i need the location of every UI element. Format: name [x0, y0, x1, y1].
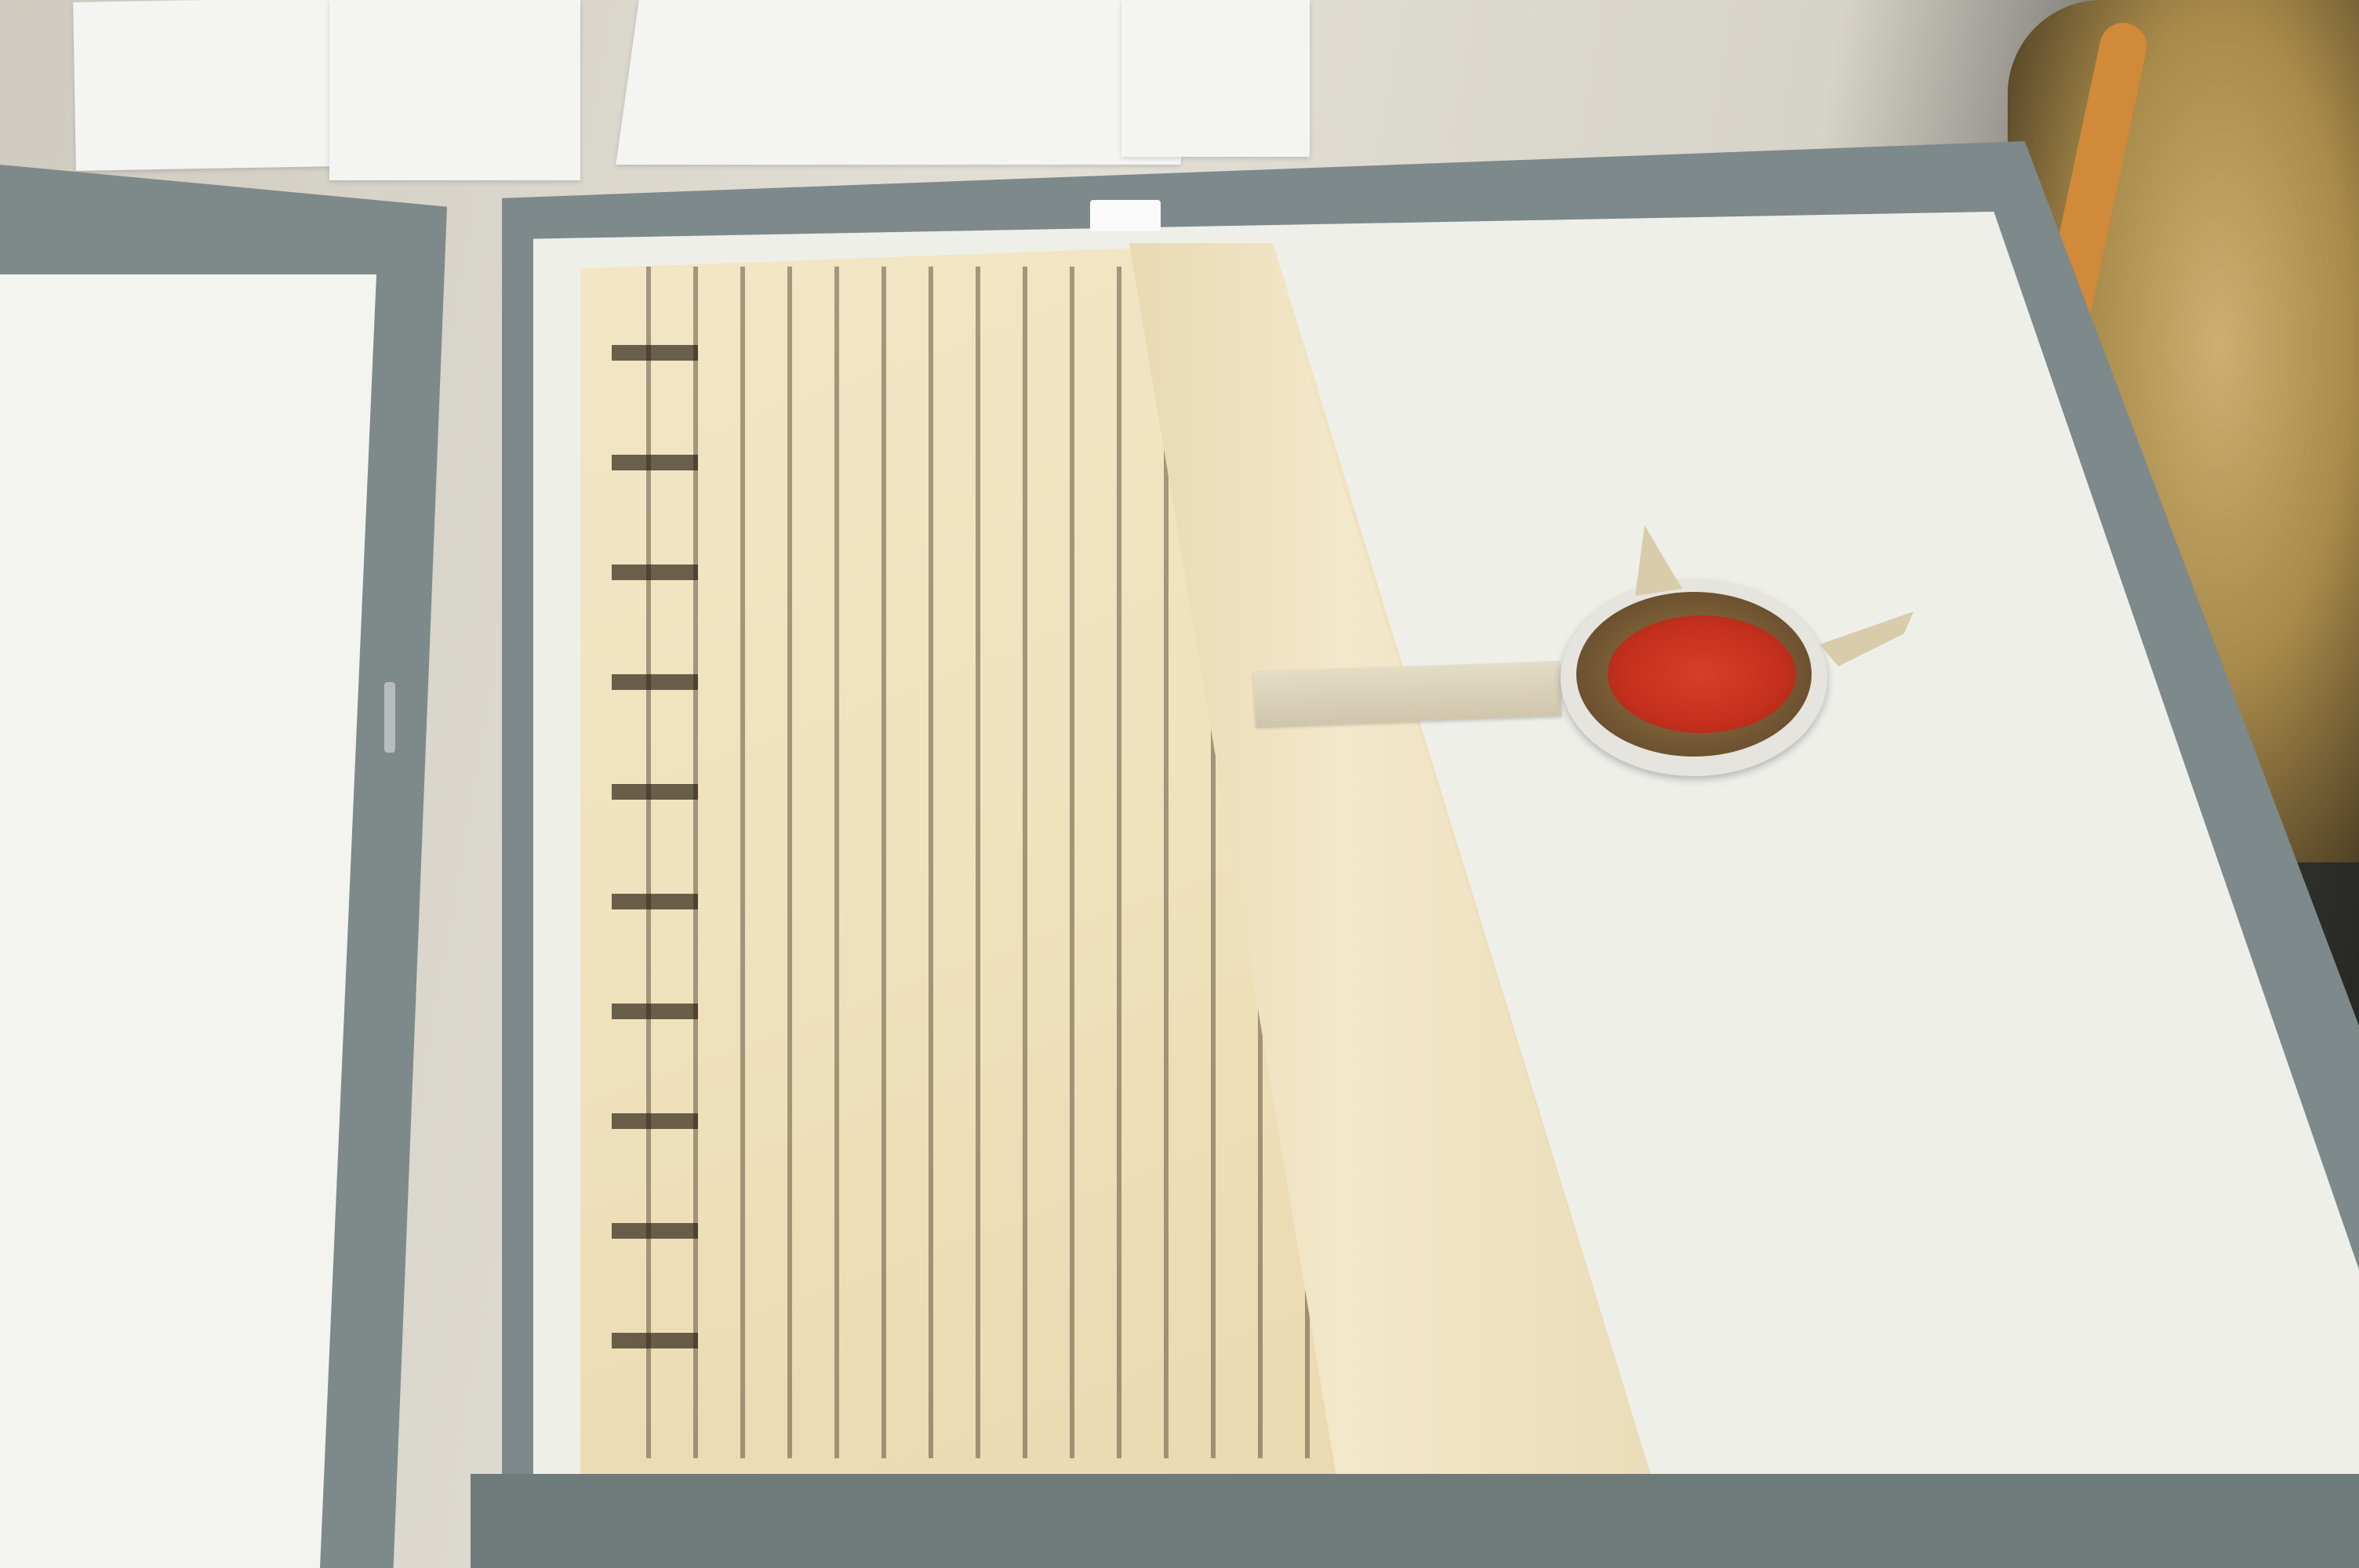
metal-clip [384, 682, 395, 753]
seal-strap [1254, 661, 1561, 727]
box-front-wall [471, 1474, 2359, 1568]
decorated-initials [612, 259, 698, 1396]
red-wax-seal [1608, 615, 1796, 733]
box-lid-lining [0, 274, 376, 1568]
label-tab [1090, 200, 1161, 231]
paper-sheet [1121, 0, 1310, 157]
paper-sheet [73, 0, 335, 171]
paper-sheet [329, 0, 580, 180]
printed-document [616, 0, 1204, 165]
